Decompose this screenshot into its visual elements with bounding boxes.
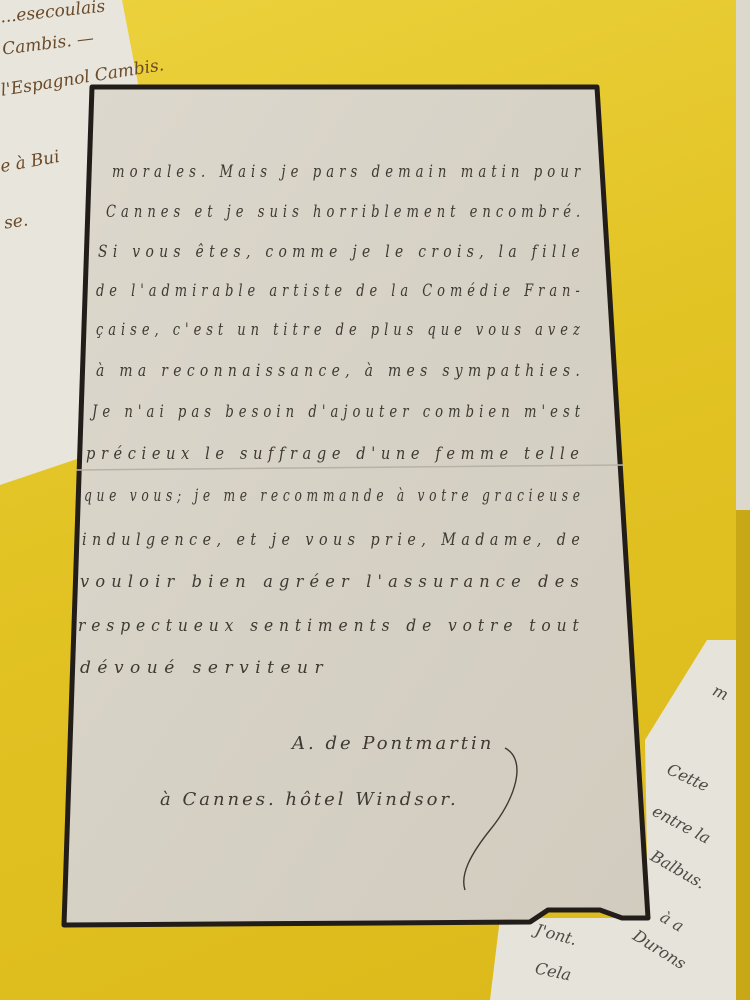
letter-line: que vous; je me recommande à votre graci… [84,486,585,506]
letter-line: çaise, c'est un titre de plus que vous a… [96,320,585,340]
letter-line: dévoué serviteur [80,658,329,678]
main-letter: morales. Mais je pars demain matin pour … [0,0,750,1000]
letter-line: de l'admirable artiste de la Comédie Fra… [96,281,585,301]
letter-line: à ma reconnaissance, à mes sympathies. [96,361,585,381]
sender-address: à Cannes. hôtel Windsor. [160,789,459,810]
letter-line: vouloir bien agréer l'assurance des [80,572,585,592]
letter-line: Si vous êtes, comme je le crois, la fill… [98,242,585,262]
letter-line: précieux le suffrage d'une femme telle [86,444,584,464]
letter-line: Je n'ai pas besoin d'ajouter combien m'e… [92,402,585,422]
letter-line: respectueux sentiments de votre tout [78,616,585,636]
letter-line: morales. Mais je pars demain matin pour [112,162,585,182]
signature: A. de Pontmartin [292,733,494,754]
letter-line: indulgence, et je vous prie, Madame, de [82,530,585,550]
letter-line: Cannes et je suis horriblement encombré. [106,202,585,222]
